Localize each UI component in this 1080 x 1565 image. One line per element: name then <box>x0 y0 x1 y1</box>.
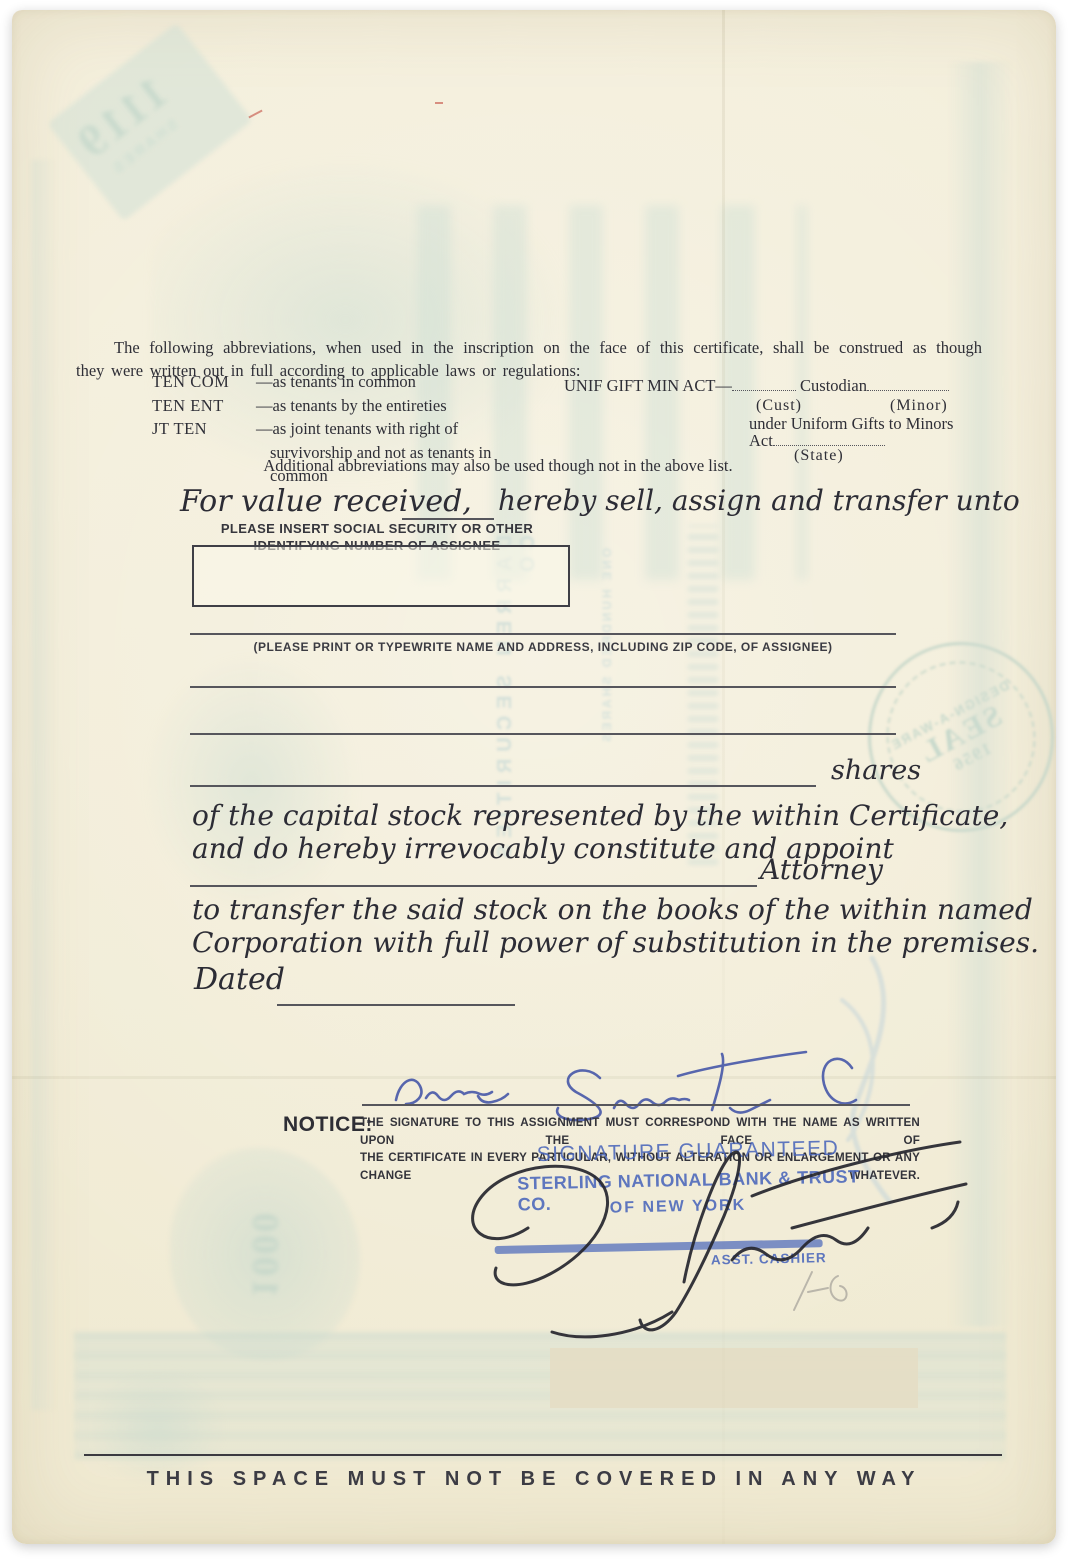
ssn-instruction-line-1: PLEASE INSERT SOCIAL SECURITY OR OTHER <box>180 521 574 538</box>
guarantor-signature <box>432 1132 972 1347</box>
assignee-print-note: (PLEASE PRINT OR TYPEWRITE NAME AND ADDR… <box>190 640 896 654</box>
ghost-left-border-band <box>32 160 56 1410</box>
ghost-number-plate <box>47 23 253 222</box>
signature-line <box>362 1104 910 1106</box>
ghost-denomination-rosette: 1000 <box>170 1148 360 1360</box>
dated-blank-line <box>277 1004 515 1006</box>
red-ink-speck <box>435 102 443 104</box>
ssn-entry-box <box>192 545 570 607</box>
ghost-shares-caption: SHARES <box>108 116 182 179</box>
assignee-line-1 <box>190 633 896 635</box>
shares-blank-line <box>190 785 816 787</box>
dated-label-script: Dated <box>194 962 285 997</box>
additional-abbreviations-note: Additional abbreviations may also be use… <box>88 456 908 476</box>
custodian-label: Custodian <box>800 376 867 395</box>
ghost-seal-company: DESIGN-A-WARE <box>887 677 1011 753</box>
scanned-certificate-back: 1119 SHARES DARREN SECURITIES CO ONE HUN… <box>0 0 1080 1565</box>
abbreviation-row: TEN COM —as tenants in common <box>152 370 544 394</box>
abbreviation-term: JT TEN <box>152 417 256 488</box>
shares-word-script: shares <box>831 755 921 786</box>
certificate-paper: 1119 SHARES DARREN SECURITIES CO ONE HUN… <box>12 10 1056 1544</box>
ghost-number-text: 1119 <box>64 65 178 170</box>
unif-gift-line: UNIF GIFT MIN ACT— Custodian <box>564 376 984 396</box>
unif-gift-label: UNIF GIFT MIN ACT— <box>564 376 732 395</box>
assignee-line-3 <box>190 733 896 735</box>
erasure-patch <box>550 1348 918 1408</box>
intro-line-1: The following abbreviations, when used i… <box>76 337 982 360</box>
ghost-seal-year: 1956 <box>948 738 994 775</box>
ghost-denomination-numeral: 1000 <box>243 1210 287 1298</box>
for-value-received-script: For value received, <box>180 484 472 519</box>
ghost-certificate-number: 1119 SHARES <box>36 11 264 232</box>
attorney-word-script: Attorney <box>760 853 883 886</box>
abbreviation-term: TEN ENT <box>152 394 256 418</box>
abbreviation-meaning: —as joint tenants with right of survivor… <box>256 417 532 488</box>
footer-rule <box>84 1454 1002 1456</box>
assignor-signature <box>382 1038 902 1123</box>
act-label: Act <box>749 431 773 450</box>
red-ink-speck <box>248 110 262 119</box>
ghost-seal-word: SEAL <box>913 700 1007 769</box>
dotted-blank <box>867 377 949 391</box>
blank-line <box>402 518 494 520</box>
capital-stock-script-line-1: of the capital stock represented by the … <box>192 799 1008 832</box>
ghost-left-medallion <box>144 652 359 912</box>
dotted-blank <box>732 377 796 391</box>
sell-assign-transfer-script: hereby sell, assign and transfer unto <box>498 484 1020 517</box>
assignee-line-2 <box>190 686 896 688</box>
abbreviation-meaning: —as tenants by the entireties <box>256 394 532 418</box>
footer-restriction: THIS SPACE MUST NOT BE COVERED IN ANY WA… <box>12 1468 1056 1491</box>
cust-caption: (Cust) <box>756 397 802 415</box>
abbreviation-meaning: —as tenants in common <box>256 370 532 394</box>
transfer-script-line-2: Corporation with full power of substitut… <box>192 926 1039 959</box>
abbreviation-term: TEN COM <box>152 370 256 394</box>
dotted-blank <box>773 432 885 446</box>
attorney-blank-line <box>190 885 757 887</box>
transfer-script-line-1: to transfer the said stock on the books … <box>192 893 1033 926</box>
minor-caption: (Minor) <box>890 397 948 415</box>
abbreviation-row: TEN ENT —as tenants by the entireties <box>152 394 544 418</box>
abbreviation-row: JT TEN —as joint tenants with right of s… <box>152 417 544 488</box>
